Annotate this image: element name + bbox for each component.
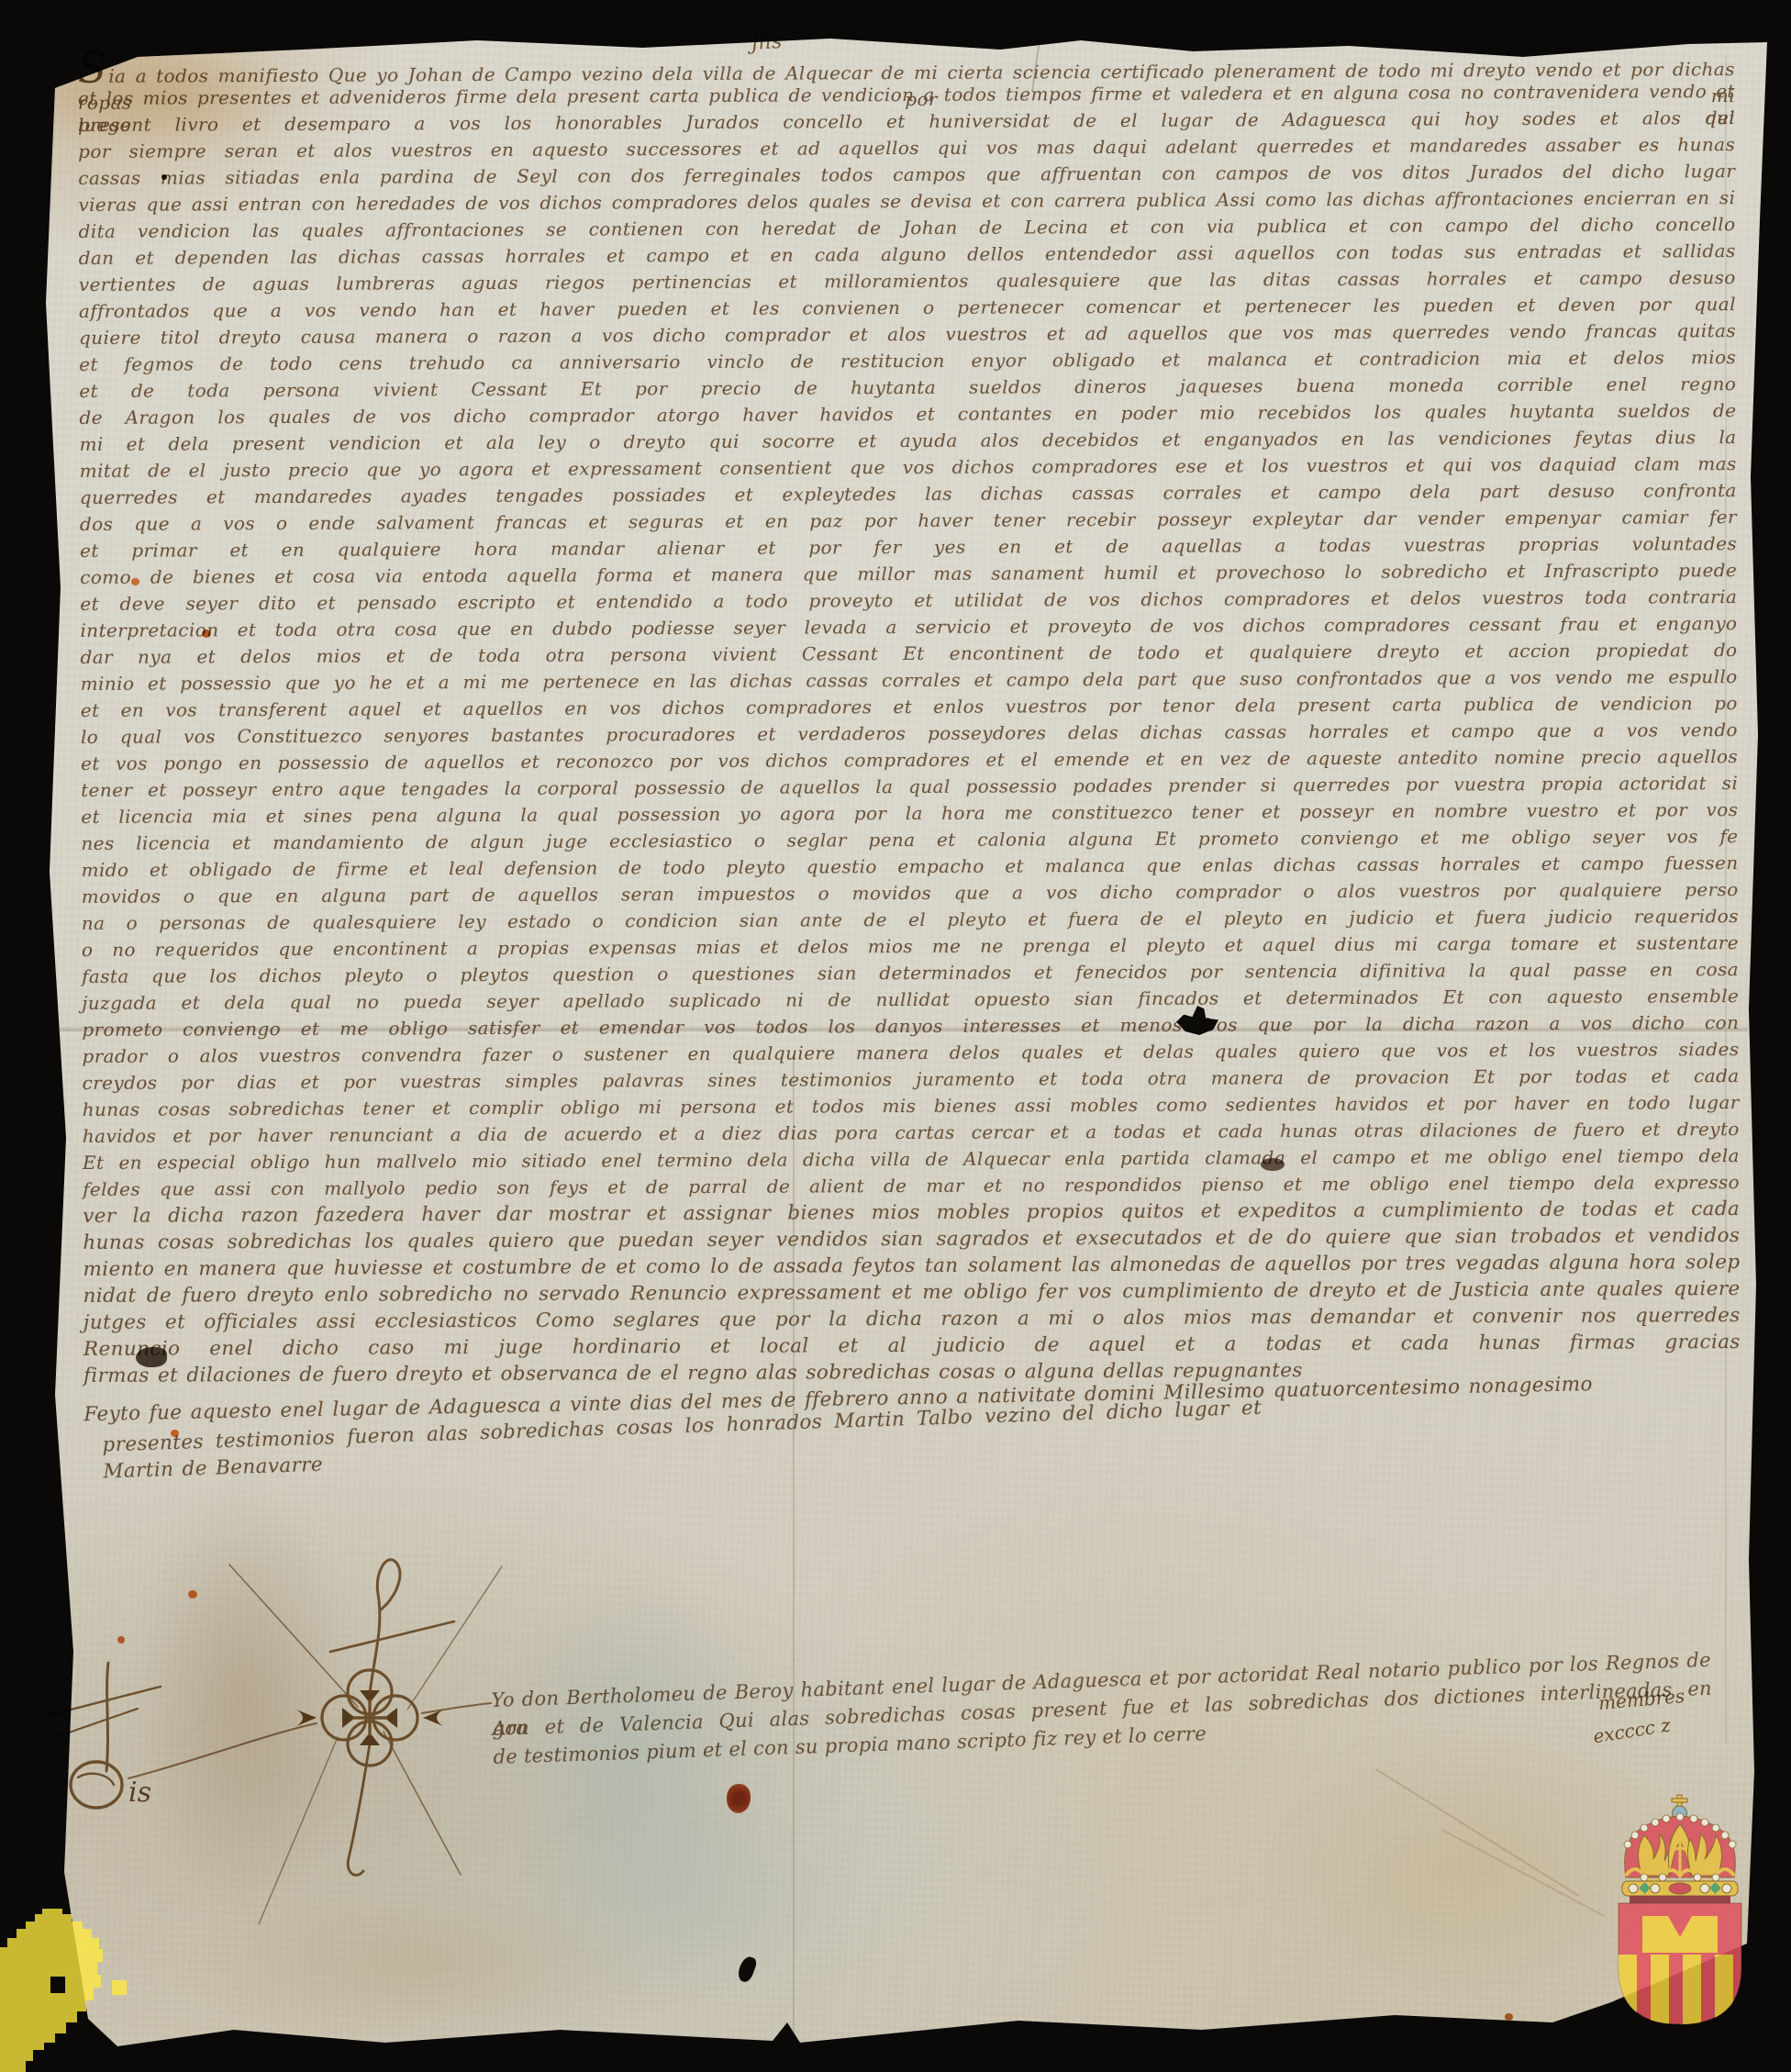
band-ruby bbox=[1669, 1883, 1691, 1894]
band-pearl bbox=[1700, 1884, 1709, 1893]
band-pearl bbox=[1629, 1884, 1638, 1893]
signum-diagonal bbox=[384, 1732, 461, 1875]
small-signum-loop-inner bbox=[78, 1774, 114, 1785]
map-fragment bbox=[0, 1905, 138, 2072]
small-signum-bar bbox=[50, 1709, 138, 1739]
rosette-stem-top bbox=[370, 1560, 400, 1693]
signum-letters: is bbox=[128, 1777, 151, 1809]
small-signum-stroke bbox=[106, 1663, 108, 1771]
shield bbox=[1619, 1903, 1741, 2024]
band-pearl bbox=[1722, 1884, 1731, 1893]
crown-band bbox=[1622, 1881, 1738, 1903]
crown-base bbox=[1630, 1896, 1730, 1903]
invocation-jhs: Jhs bbox=[750, 30, 783, 55]
coat-of-arms bbox=[1607, 1788, 1752, 2028]
notarial-signum: is bbox=[37, 1418, 606, 1950]
small-signum-bar bbox=[46, 1687, 161, 1716]
signum-diagonal bbox=[229, 1565, 358, 1707]
signum-diagonal bbox=[407, 1566, 502, 1710]
map-fragment-pixel bbox=[112, 1980, 127, 1995]
band-pearl bbox=[1651, 1884, 1660, 1893]
crown-cross-bar bbox=[1672, 1799, 1687, 1802]
rust-dot bbox=[1505, 2013, 1513, 2021]
charter-body-text: Sia a todos manifiesto Que yo Johan de C… bbox=[78, 51, 1741, 1443]
manuscript-photo: Jhs Sia a todos manifiesto Que yo Johan … bbox=[0, 0, 1791, 2072]
crown bbox=[1625, 1795, 1736, 1882]
signum-diagonal bbox=[259, 1737, 338, 1924]
rosette-crossbar bbox=[330, 1621, 454, 1652]
map-fragment-shape bbox=[0, 1909, 103, 2072]
